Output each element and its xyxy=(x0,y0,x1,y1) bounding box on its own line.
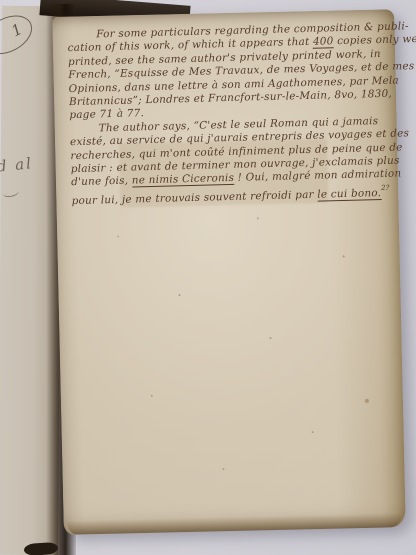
note-text: copies only were xyxy=(333,33,416,48)
handwritten-note: For some particulars regarding the compo… xyxy=(67,21,396,209)
inscription-flourish xyxy=(2,187,19,199)
foxing-specks xyxy=(52,17,54,19)
book-photo: 1 d al For some particulars regarding th… xyxy=(0,0,416,555)
note-text: page 71 à 77. xyxy=(69,108,144,122)
superscript-mark: 2? xyxy=(381,184,389,192)
inscription-fragment: d al xyxy=(0,154,34,175)
circled-number-label: 1 xyxy=(8,20,25,40)
main-page: For some particulars regarding the compo… xyxy=(52,9,406,535)
binding-bottom-corner xyxy=(24,542,59,555)
page-bottom-edge xyxy=(68,513,402,535)
underlined-phrase: 400 xyxy=(313,36,334,50)
note-text: pour lui, je me trouvais souvent refroid… xyxy=(71,189,317,207)
underlined-phrase: le cui bono. xyxy=(317,187,381,202)
circled-page-number: 1 xyxy=(0,8,39,62)
note-text: d'une fois, xyxy=(71,175,132,189)
